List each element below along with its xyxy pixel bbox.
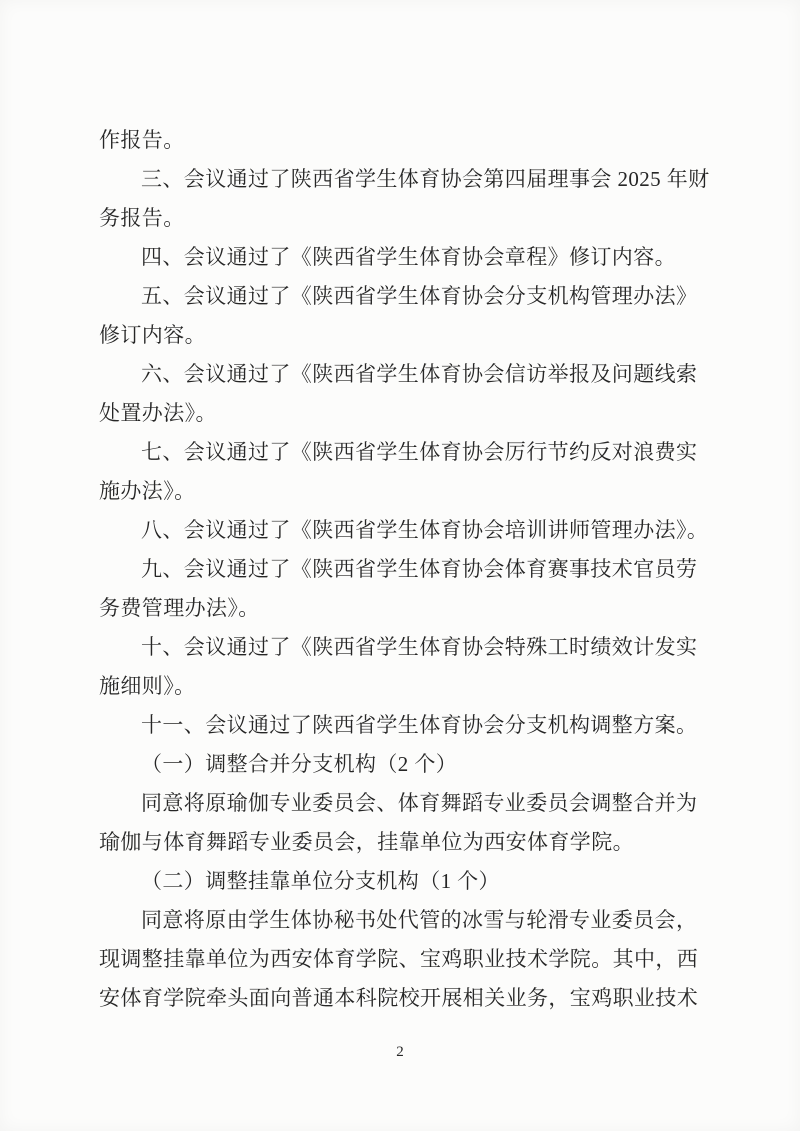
text-line: 施办法》。 xyxy=(99,472,709,511)
text-line: 同意将原瑜伽专业委员会、体育舞蹈专业委员会调整合并为 xyxy=(99,784,709,823)
text-line: 处置办法》。 xyxy=(99,394,709,433)
text-line: 施细则》。 xyxy=(99,667,709,706)
page-number: 2 xyxy=(0,1044,800,1061)
text-line: 六、会议通过了《陕西省学生体育协会信访举报及问题线索 xyxy=(99,355,709,394)
text-line: 瑜伽与体育舞蹈专业委员会，挂靠单位为西安体育学院。 xyxy=(99,823,709,862)
text-line: 务报告。 xyxy=(99,199,709,238)
text-line: 九、会议通过了《陕西省学生体育协会体育赛事技术官员劳 xyxy=(99,550,709,589)
text-line: （一）调整合并分支机构（2 个） xyxy=(99,745,709,784)
text-line: 同意将原由学生体协秘书处代管的冰雪与轮滑专业委员会， xyxy=(99,901,709,940)
text-line: （二）调整挂靠单位分支机构（1 个） xyxy=(99,862,709,901)
text-line: 四、会议通过了《陕西省学生体育协会章程》修订内容。 xyxy=(99,238,709,277)
text-line: 作报告。 xyxy=(99,121,709,160)
text-line: 十一、会议通过了陕西省学生体育协会分支机构调整方案。 xyxy=(99,706,709,745)
text-line: 现调整挂靠单位为西安体育学院、宝鸡职业技术学院。其中，西 xyxy=(99,940,709,979)
document-page: 作报告。三、会议通过了陕西省学生体育协会第四届理事会 2025 年财务报告。四、… xyxy=(0,0,800,1131)
text-line: 十、会议通过了《陕西省学生体育协会特殊工时绩效计发实 xyxy=(99,628,709,667)
text-line: 务费管理办法》。 xyxy=(99,589,709,628)
document-body: 作报告。三、会议通过了陕西省学生体育协会第四届理事会 2025 年财务报告。四、… xyxy=(99,121,709,1018)
text-line: 安体育学院牵头面向普通本科院校开展相关业务，宝鸡职业技术 xyxy=(99,979,709,1018)
text-line: 七、会议通过了《陕西省学生体育协会厉行节约反对浪费实 xyxy=(99,433,709,472)
text-line: 五、会议通过了《陕西省学生体育协会分支机构管理办法》 xyxy=(99,277,709,316)
text-line: 修订内容。 xyxy=(99,316,709,355)
text-line: 八、会议通过了《陕西省学生体育协会培训讲师管理办法》。 xyxy=(99,511,709,550)
text-line: 三、会议通过了陕西省学生体育协会第四届理事会 2025 年财 xyxy=(99,160,709,199)
